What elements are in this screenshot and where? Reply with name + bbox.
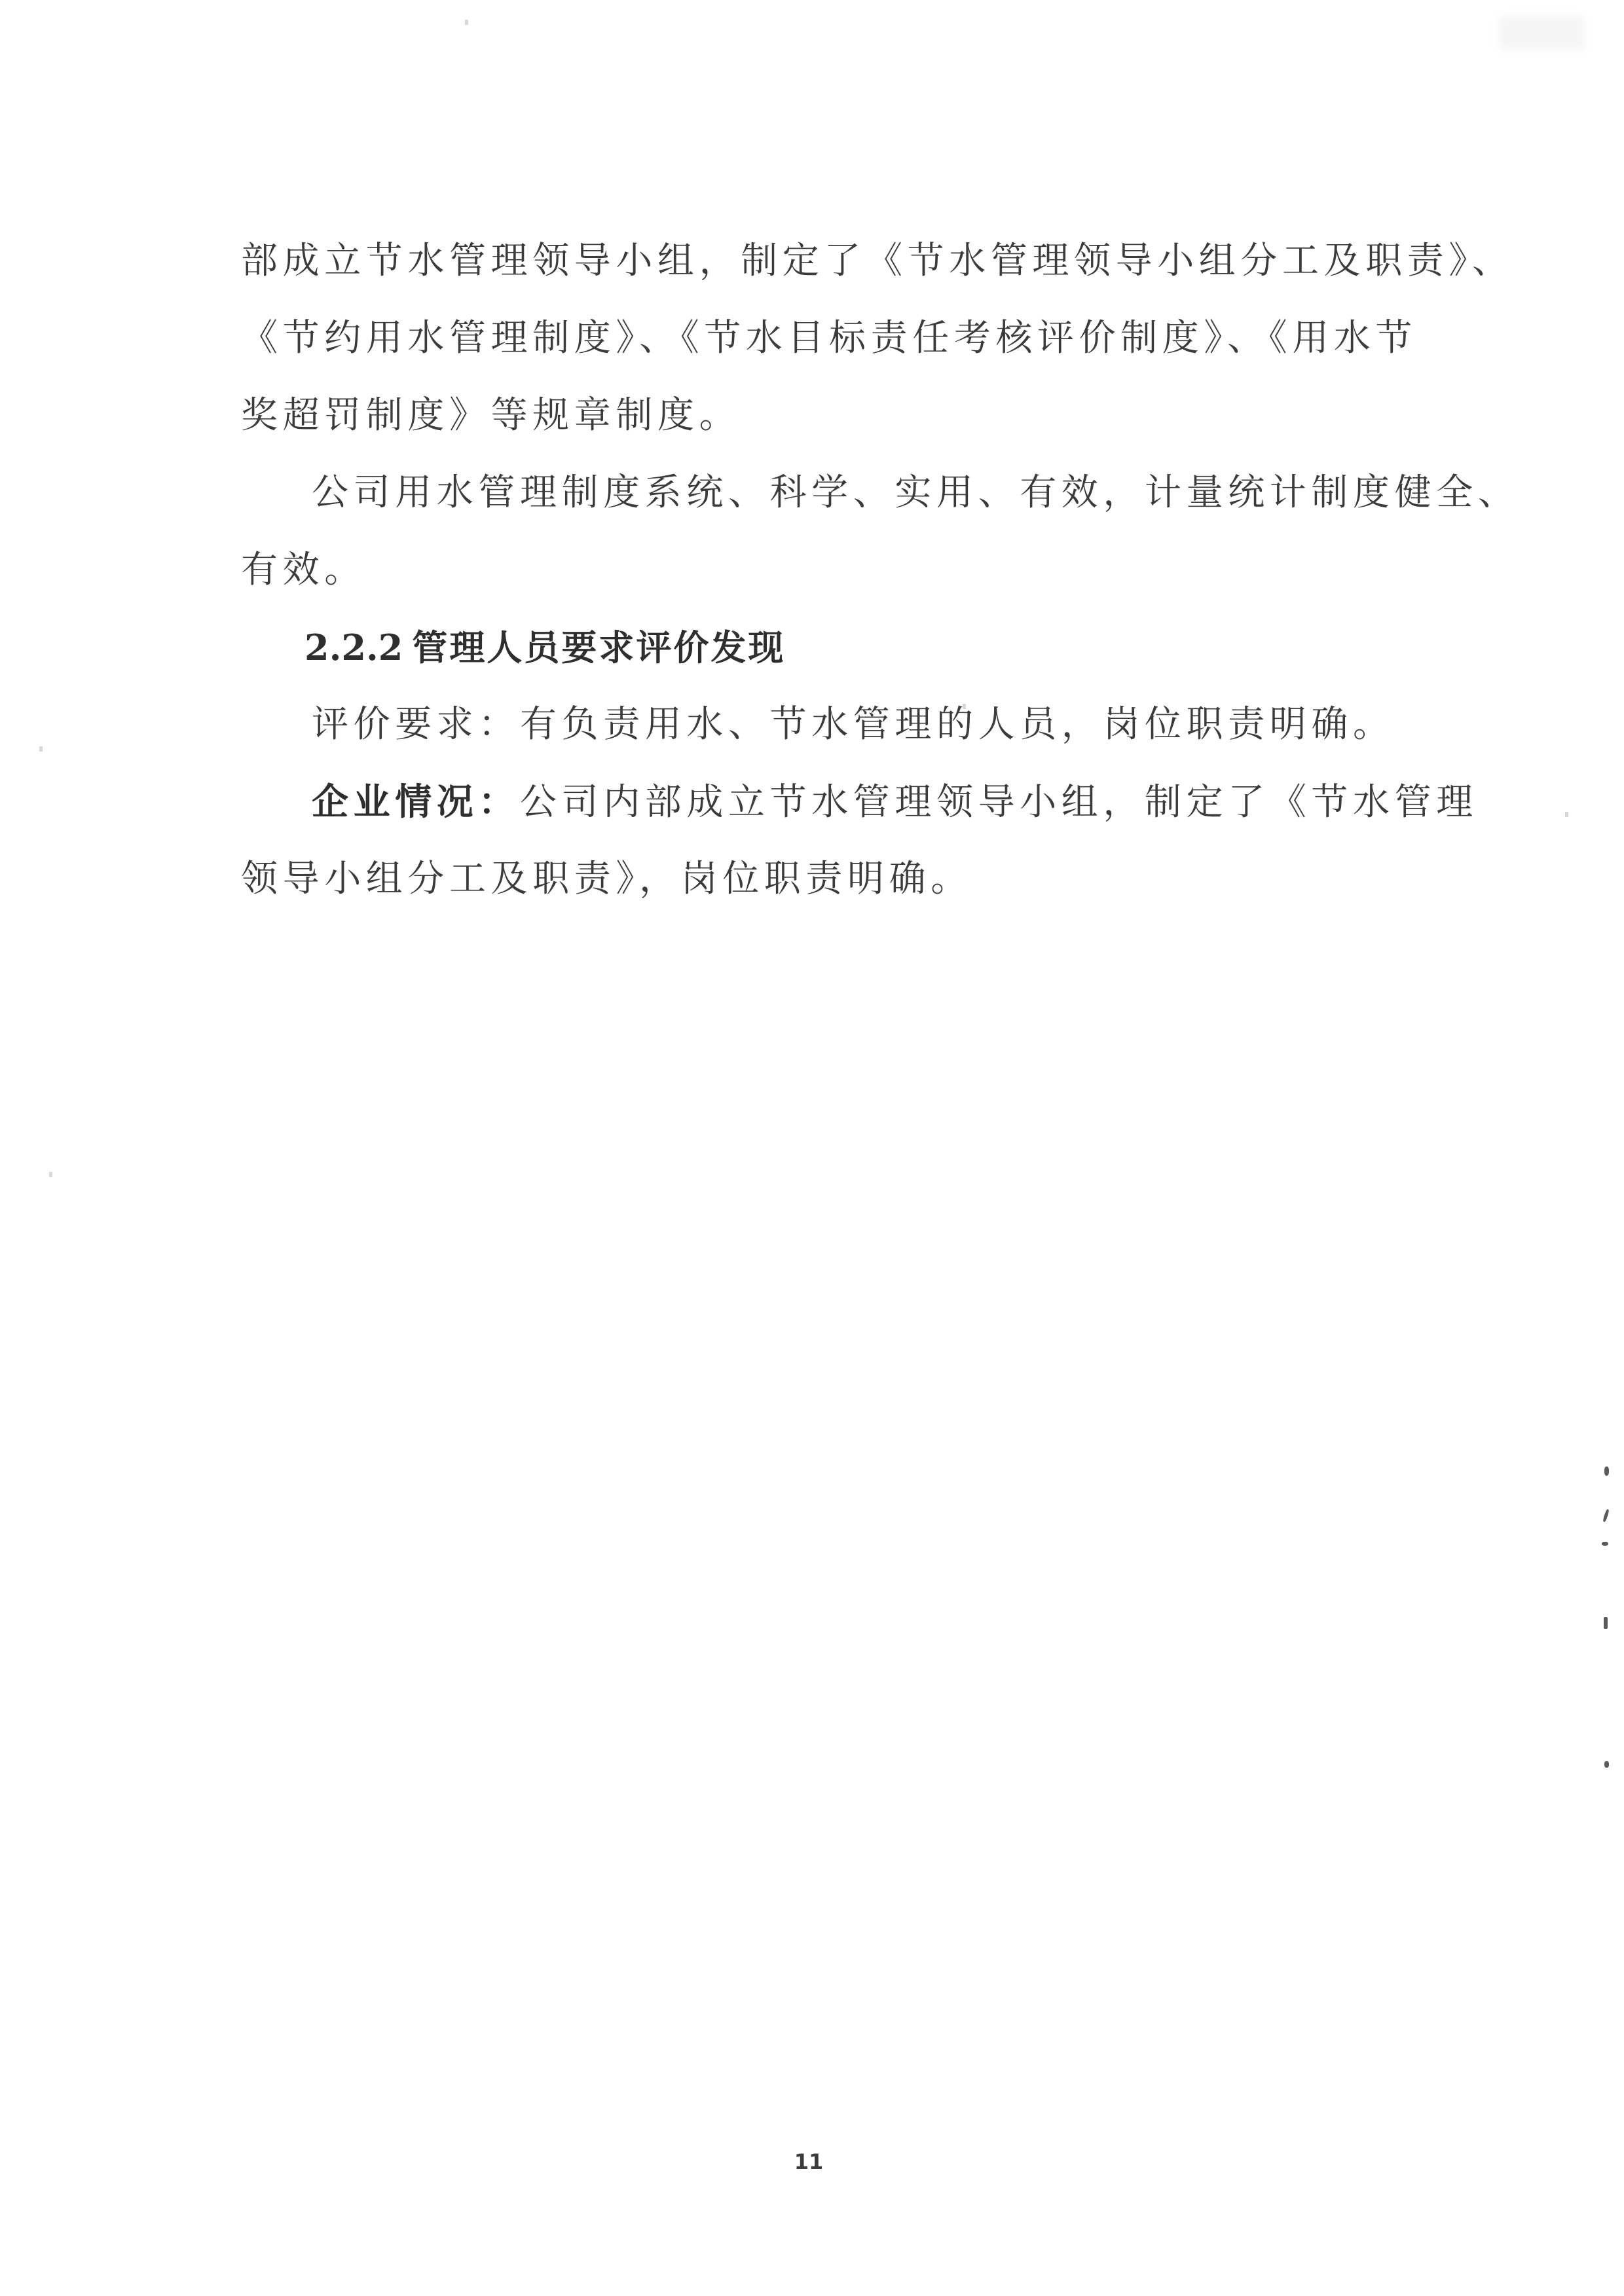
page-number: 11 [789, 2149, 828, 2174]
scan-artifact [1604, 1761, 1609, 1768]
paragraph-line: 有效。 [241, 532, 1380, 609]
document-page: 部成立节水管理领导小组，制定了《节水管理领导小组分工及职责》、 《节约用水管理制… [0, 0, 1624, 2296]
scan-speck [39, 746, 43, 752]
section-number: 2.2.2 [304, 627, 403, 668]
section-title: 管理人员要求评价发现 [412, 627, 785, 668]
paragraph-line: 领导小组分工及职责》，岗位职责明确。 [241, 841, 1380, 918]
scan-speck [49, 1172, 52, 1177]
paragraph-line: 公司用水管理制度系统、科学、实用、有效，计量统计制度健全、 [241, 454, 1380, 532]
section-heading: 2.2.2管理人员要求评价发现 [241, 609, 1380, 686]
scan-speck [963, 704, 966, 709]
paragraph-text: 公司内部成立节水管理领导小组，制定了《节水管理 [520, 781, 1478, 824]
paragraph-line: 评价要求：有负责用水、节水管理的人员，岗位职责明确。 [241, 686, 1380, 763]
scan-speck [465, 20, 468, 25]
scan-artifact [1602, 1509, 1610, 1523]
paragraph-line: 企业情况：公司内部成立节水管理领导小组，制定了《节水管理 [241, 763, 1380, 841]
scan-artifact [1602, 1542, 1608, 1546]
scan-artifact [1604, 1617, 1608, 1629]
enterprise-situation-label: 企业情况： [312, 780, 520, 824]
paragraph-line: 《节约用水管理制度》、《节水目标责任考核评价制度》、《用水节 [241, 300, 1380, 377]
body-text: 部成立节水管理领导小组，制定了《节水管理领导小组分工及职责》、 《节约用水管理制… [241, 223, 1380, 918]
scan-smudge [1500, 16, 1585, 49]
scan-speck [1565, 812, 1568, 817]
paragraph-line: 奖超罚制度》等规章制度。 [241, 377, 1380, 454]
scan-artifact [1604, 1467, 1609, 1476]
paragraph-line: 部成立节水管理领导小组，制定了《节水管理领导小组分工及职责》、 [241, 223, 1380, 300]
